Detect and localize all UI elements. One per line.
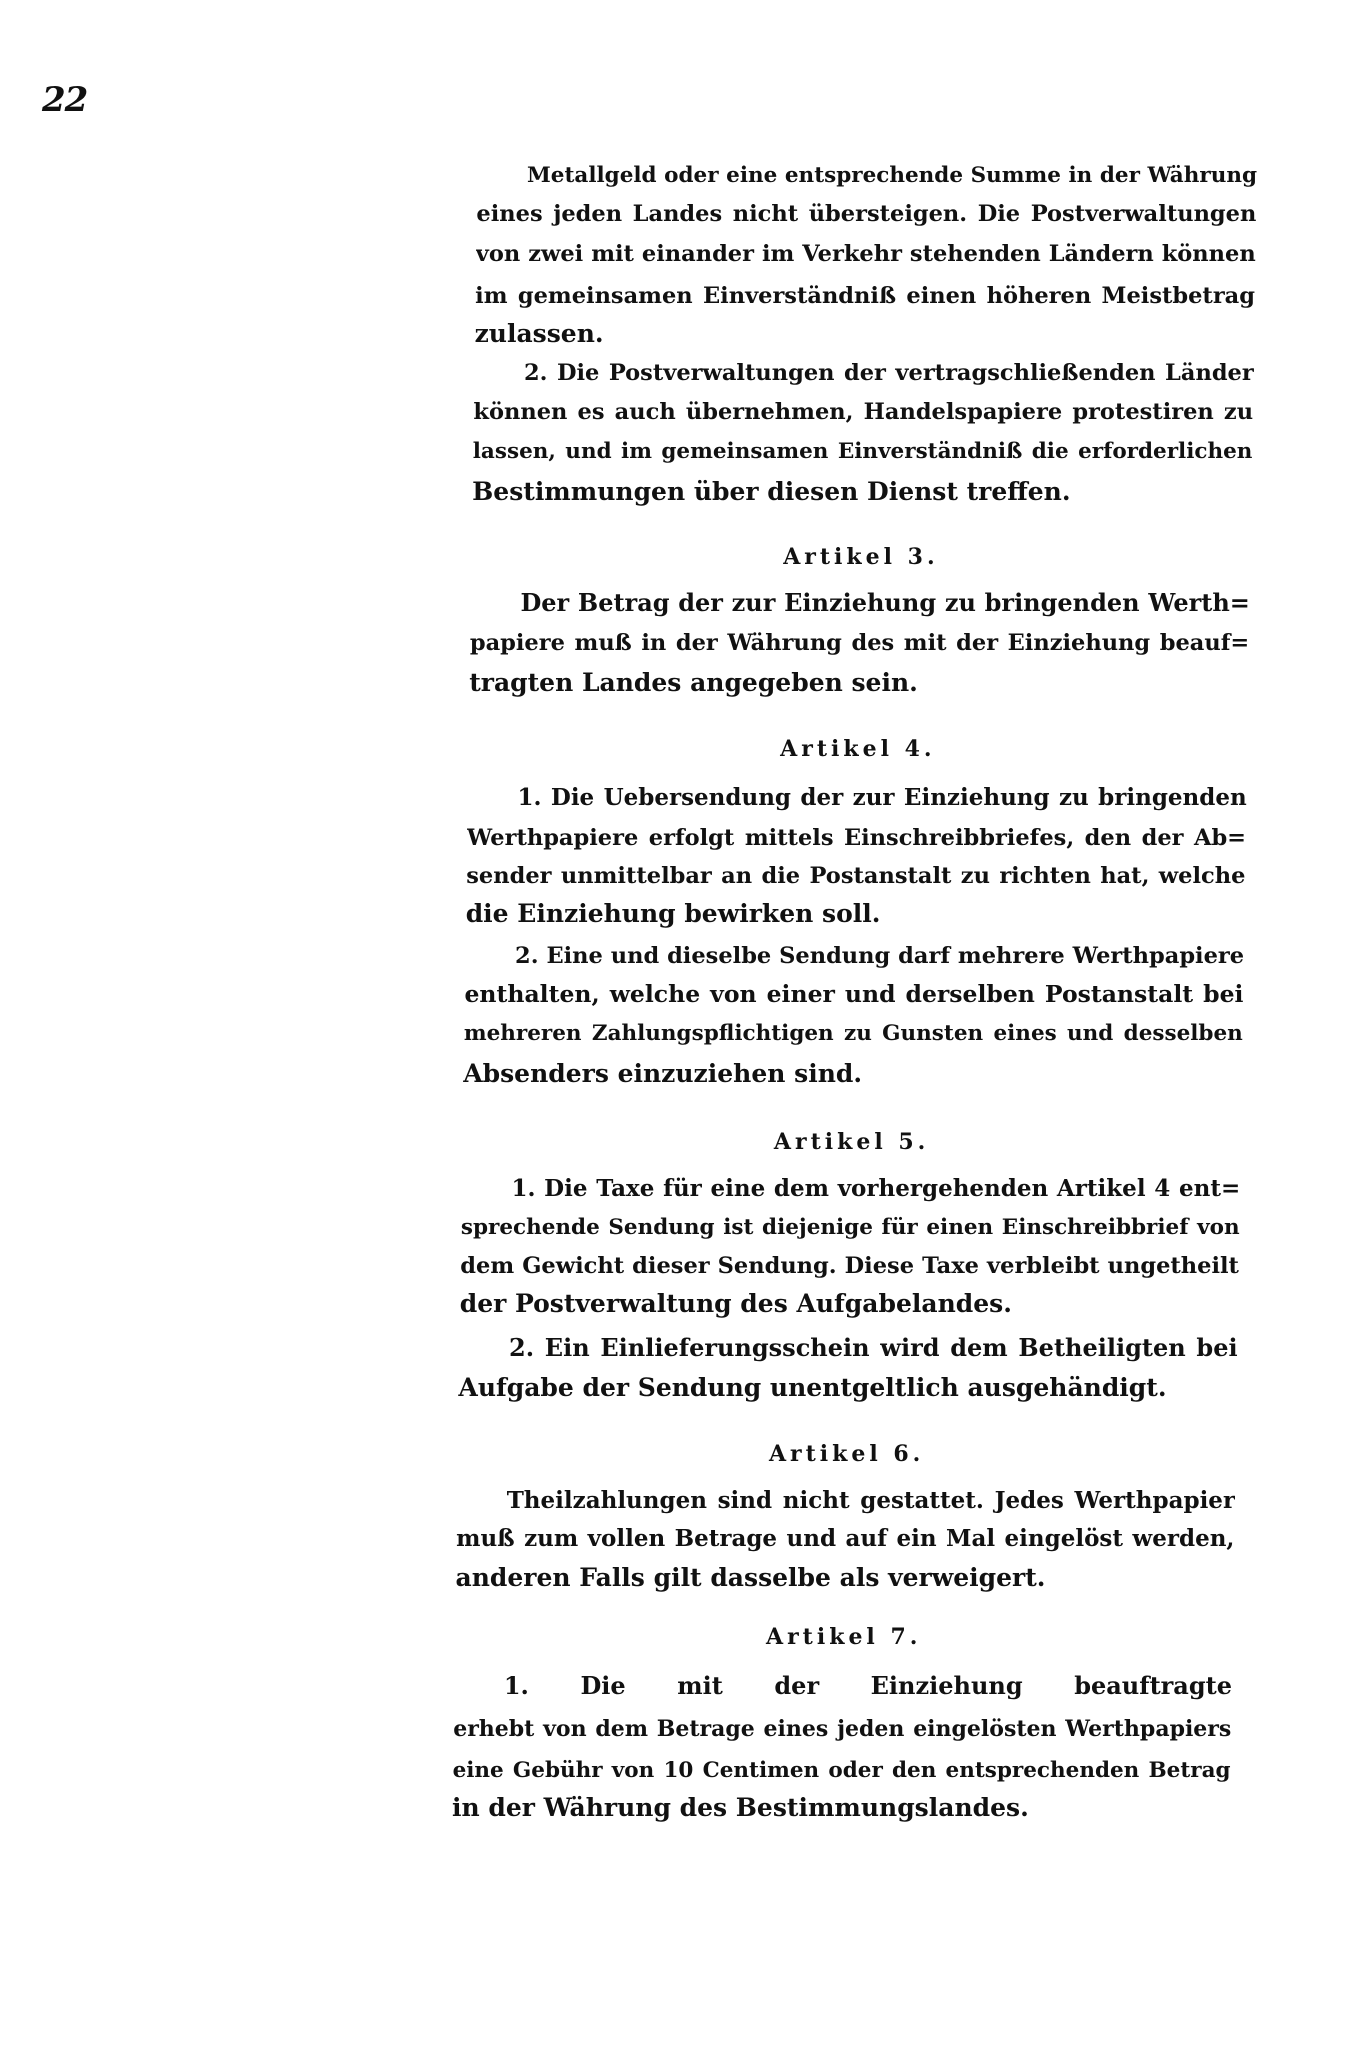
text-line: papiere muß in der Währung des mit der E… (470, 625, 1249, 661)
text-line: Metallgeld oder eine entsprechende Summe… (527, 158, 1257, 194)
document-page: 22 Metallgeld oder eine entsprechende Su… (0, 0, 1360, 2048)
text-line: eine Gebühr von 10 Centimen oder den ent… (453, 1753, 1231, 1789)
text-line: anderen Falls gilt dasselbe als verweige… (456, 1560, 1234, 1596)
text-line: sender unmittelbar an die Postanstalt zu… (466, 858, 1245, 894)
text-line: sprechende Sendung ist diejenige für ein… (461, 1210, 1240, 1246)
article-heading: Artikel 7. (455, 1621, 1233, 1653)
text-line: Werthpapiere erfolgt mittels Einschreibb… (467, 820, 1246, 856)
text-line: die Einziehung bewirken soll. (466, 896, 1245, 932)
text-line: Der Betrag der zur Einziehung zu bringen… (520, 585, 1249, 621)
text-line: eines jeden Landes nicht übersteigen. Di… (476, 196, 1256, 232)
text-line: 1. Die mit der Einziehung beauftragte Po… (504, 1668, 1232, 1704)
text-line: enthalten, welche von einer und derselbe… (464, 976, 1243, 1012)
text-line: 2. Eine und dieselbe Sendung darf mehrer… (515, 938, 1244, 974)
text-line: dem Gewicht dieser Sendung. Diese Taxe v… (460, 1248, 1239, 1284)
text-line: 2. Die Postverwaltungen der vertragschli… (524, 355, 1254, 391)
text-line: mehreren Zahlungspflichtigen zu Gunsten … (464, 1016, 1243, 1052)
text-line: Theilzahlungen sind nicht gestattet. Jed… (507, 1483, 1235, 1519)
text-line: 1. Die Taxe für eine dem vorhergehenden … (511, 1171, 1240, 1207)
text-line: von zwei mit einander im Verkehr stehend… (476, 236, 1256, 272)
text-line: in der Währung des Bestimmungslandes. (452, 1790, 1230, 1826)
text-line: lassen, und im gemeinsamen Einverständni… (473, 434, 1253, 470)
text-line: muß zum vollen Betrage und auf ein Mal e… (456, 1521, 1234, 1557)
text-line: zulassen. (475, 316, 1255, 352)
page-number: 22 (42, 80, 87, 120)
article-heading: Artikel 6. (457, 1438, 1235, 1470)
text-line: 2. Ein Einlieferungsschein wird dem Beth… (509, 1330, 1238, 1366)
text-line: erhebt von dem Betrage eines jeden einge… (453, 1711, 1231, 1747)
article-heading: Artikel 4. (468, 733, 1247, 765)
text-line: Aufgabe der Sendung unentgeltlich ausgeh… (458, 1370, 1237, 1406)
article-heading: Artikel 5. (462, 1126, 1241, 1158)
text-line: im gemeinsamen Einverständniß einen höhe… (475, 278, 1255, 314)
text-line: Bestimmungen über diesen Dienst treffen. (472, 474, 1252, 510)
text-line: können es auch übernehmen, Handelspapier… (473, 394, 1253, 430)
text-line: der Postverwaltung des Aufgabelandes. (460, 1286, 1239, 1322)
text-line: 1. Die Uebersendung der zur Einziehung z… (517, 780, 1246, 816)
article-heading: Artikel 3. (471, 541, 1251, 573)
text-line: Absenders einzuziehen sind. (463, 1056, 1242, 1092)
text-line: tragten Landes angegeben sein. (469, 665, 1248, 701)
